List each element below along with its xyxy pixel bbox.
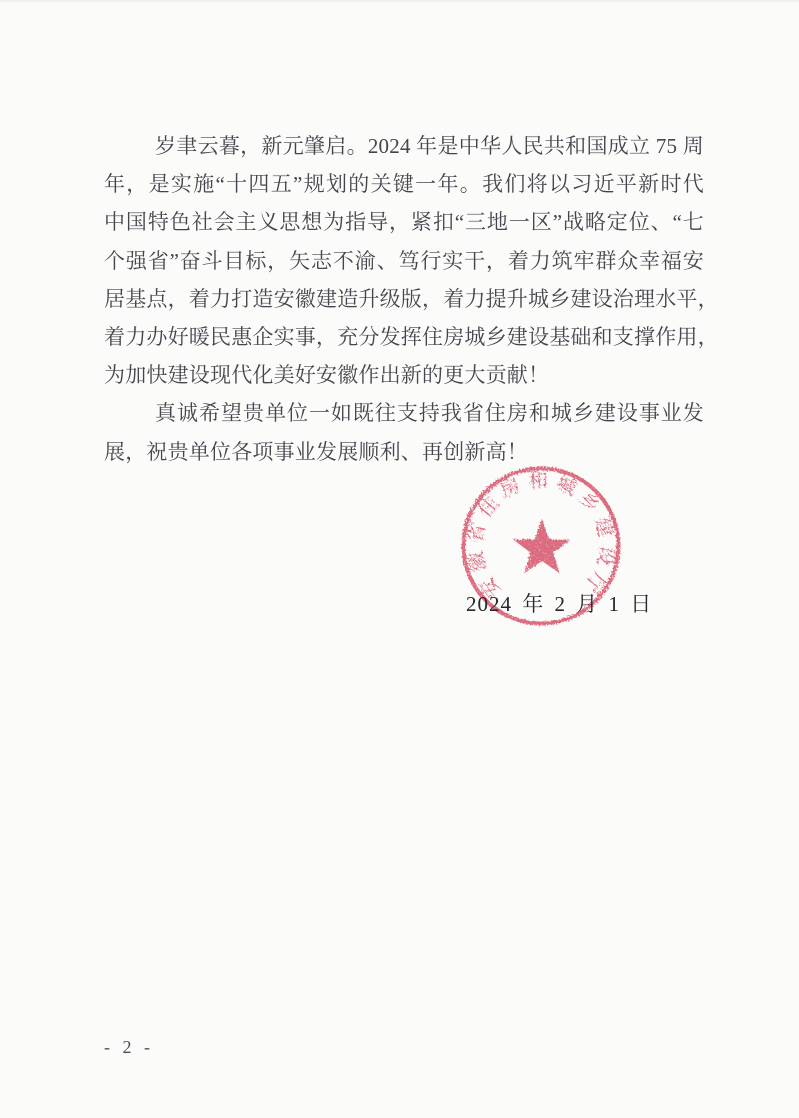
letter-date: 2024 年 2 月 1 日 [466,588,652,618]
text-line: 岁聿云暮，新元肇启。2024 年是中华人民共和国成立 75 周 [104,127,704,165]
text-line: 个强省”奋斗目标，矢志不渝、笃行实干，着力筑牢群众幸福安 [104,242,704,280]
text-line: 中国特色社会主义思想为指导，紧扣“三地一区”战略定位、“七 [104,203,704,241]
text-line: 年，是实施“十四五”规划的关键一年。我们将以习近平新时代 [104,165,704,203]
page-number: - 2 - [104,1037,154,1058]
letter-body: 岁聿云暮，新元肇启。2024 年是中华人民共和国成立 75 周年，是实施“十四五… [104,127,704,471]
text-line: 真诚希望贵单位一如既往支持我省住房和城乡建设事业发 [104,394,704,432]
text-line: 着力办好暖民惠企实事，充分发挥住房城乡建设基础和支撑作用， [104,318,704,356]
letter-page: 岁聿云暮，新元肇启。2024 年是中华人民共和国成立 75 周年，是实施“十四五… [0,0,799,1118]
text-line: 居基点，着力打造安徽建造升级版，着力提升城乡建设治理水平， [104,280,704,318]
text-line: 为加快建设现代化美好安徽作出新的更大贡献！ [104,356,704,394]
star-icon [513,519,570,573]
